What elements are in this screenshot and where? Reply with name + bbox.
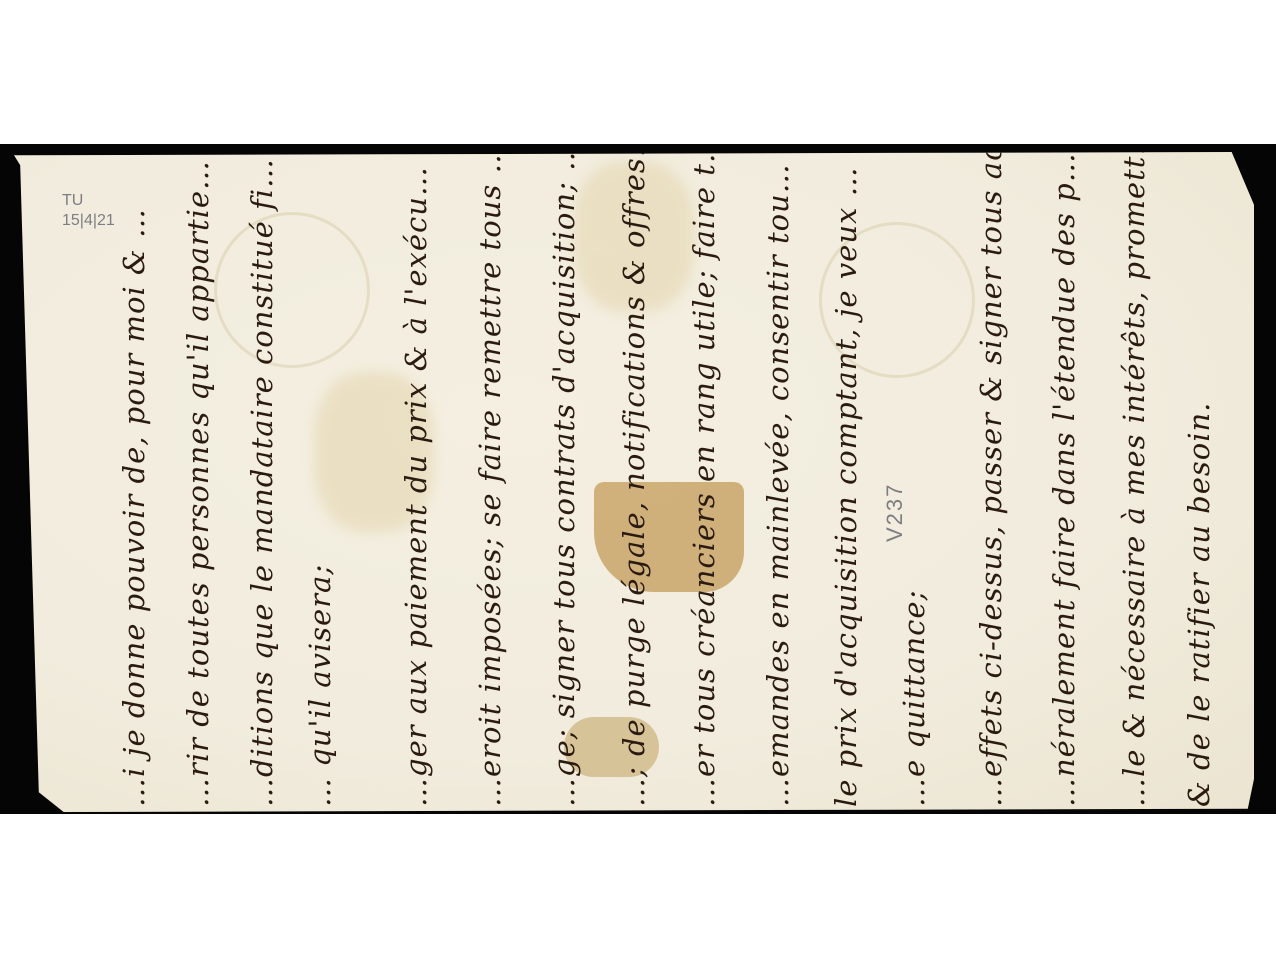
- pencil-note-date: 15|4|21: [62, 212, 115, 230]
- pencil-note-reference: V237: [886, 483, 904, 542]
- handwritten-line: …néralement faire dans l'étendue des p…: [1047, 152, 1081, 807]
- handwritten-line: …i je donne pouvoir de, pour moi & …: [117, 208, 151, 807]
- pencil-note-tu: TU: [62, 192, 83, 210]
- handwritten-line: …eroit imposées; se faire remettre tous …: [473, 144, 507, 807]
- handwritten-line: …ger aux paiement du prix & à l'exécu…: [399, 166, 433, 807]
- handwritten-line: …ditions que le mandataire constitué fi…: [245, 158, 279, 807]
- handwritten-line: …le & nécessaire à mes intérêts, promett…: [1117, 126, 1151, 807]
- handwritten-line: …e quittance;: [897, 590, 931, 807]
- handwritten-line: …effets ci-dessus, passer & signer tous …: [974, 101, 1008, 807]
- handwritten-line: …er tous créanciers en rang utile; faire…: [687, 133, 721, 807]
- handwritten-line: …; de purge légale, notifications & offr…: [617, 127, 651, 807]
- handwritten-line: le prix d'acquisition comptant, je veux …: [829, 166, 863, 807]
- handwritten-line: …ge; signer tous contrats d'acquisition;…: [547, 141, 581, 807]
- handwritten-line: …emandes en mainlevée, consentir tou…: [761, 163, 795, 807]
- handwritten-line: … qu'il avisera;: [303, 564, 337, 807]
- faint-postmark: [214, 212, 370, 368]
- document-paper: TU 15|4|21 V237 …i je donne pouvoir de, …: [14, 152, 1254, 812]
- handwritten-line: …rir de toutes personnes qu'il appartie…: [181, 160, 215, 807]
- handwritten-line: & de le ratifier au besoin.: [1182, 402, 1216, 807]
